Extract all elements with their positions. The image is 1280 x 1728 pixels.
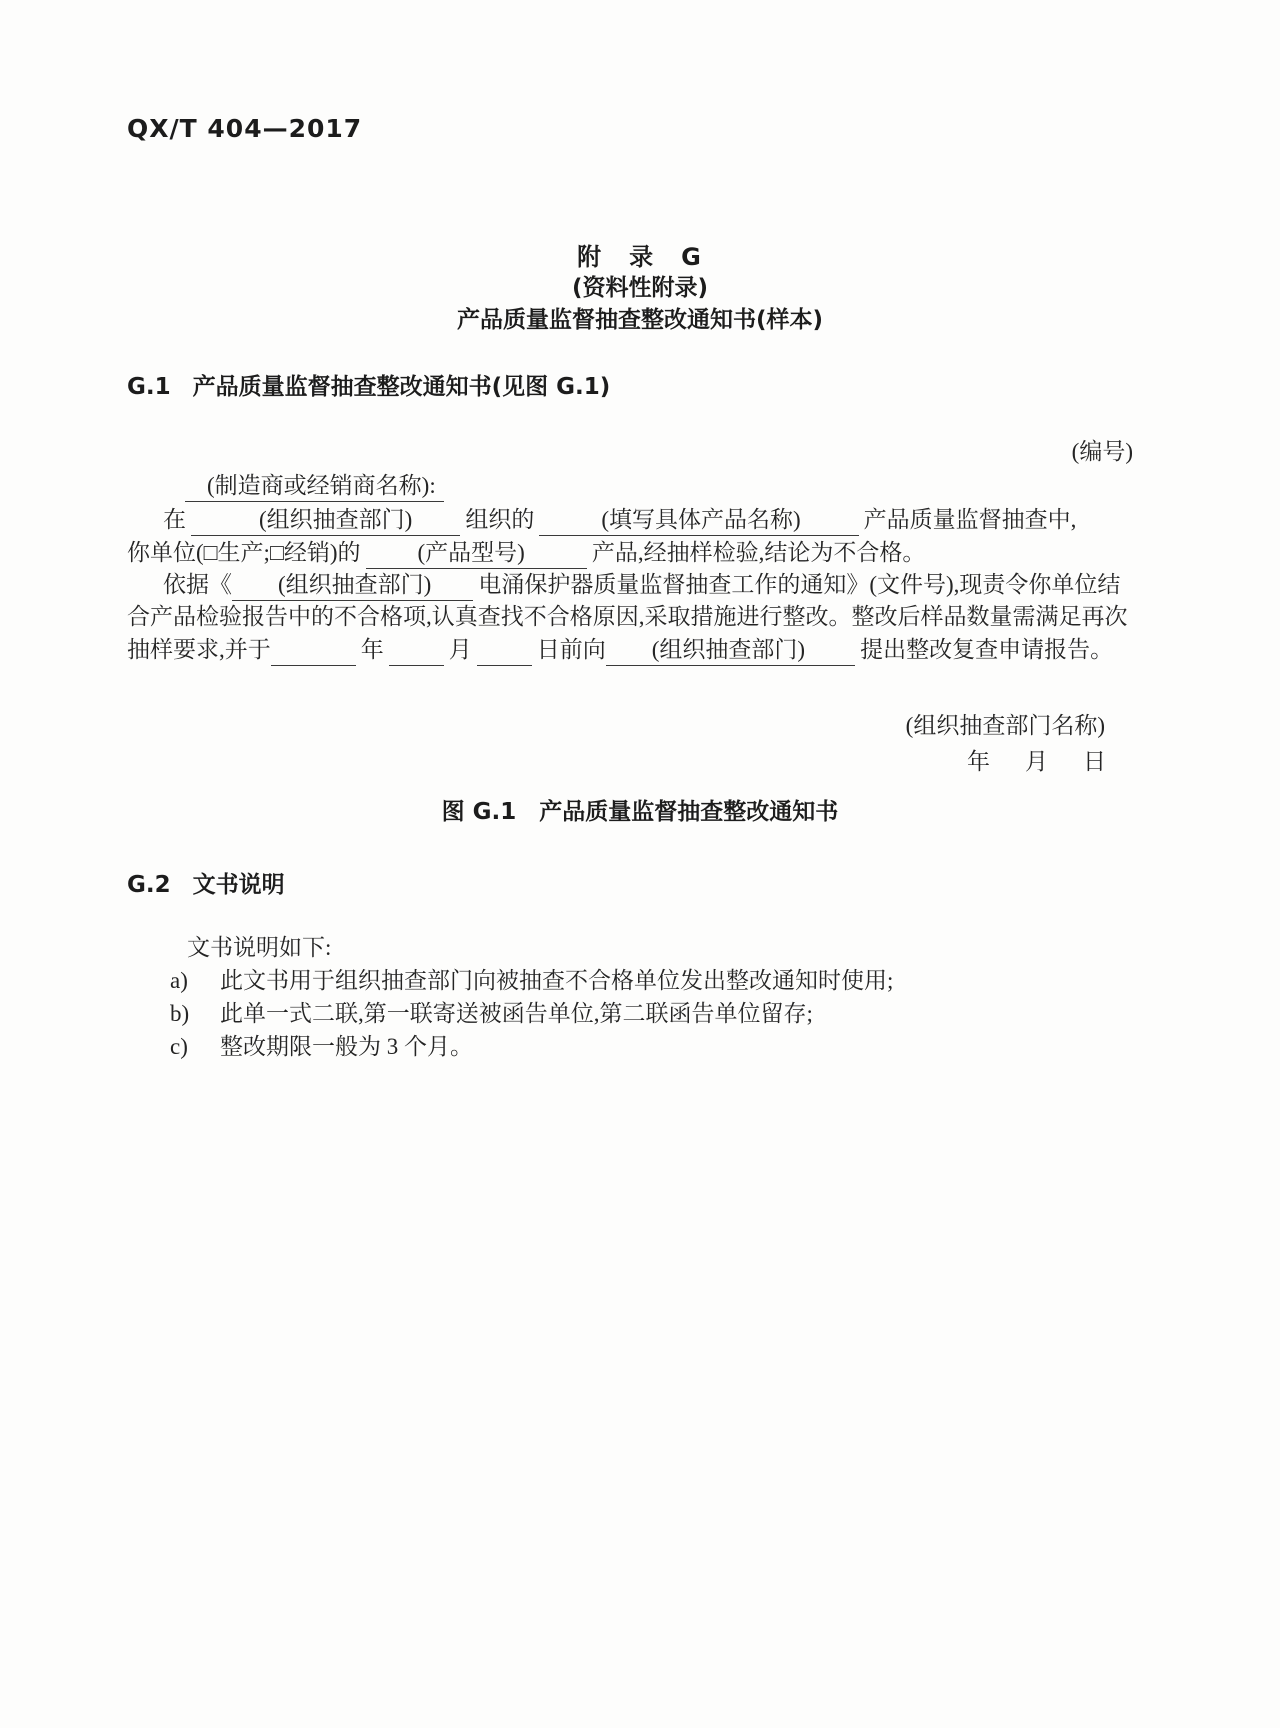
- month-blank-field: [389, 641, 444, 666]
- product-model-underline-field: (产品型号): [366, 539, 587, 569]
- note-text: 此单一式二联,第一联寄送被函告单位,第二联函告单位留存;: [220, 1001, 813, 1026]
- note-label: c): [170, 1032, 220, 1062]
- standard-number: QX/T 404—2017: [127, 114, 362, 143]
- notice-body-line-3: 依据《(组织抽查部门)电涌保护器质量监督抽查工作的通知》(文件号),现责令你单位…: [163, 570, 1120, 601]
- section-g1-title: 产品质量监督抽查整改通知书(见图 G.1): [193, 374, 611, 400]
- notice-code-label: (编号): [1072, 437, 1133, 467]
- org-dept-underline-field: (组织抽查部门): [232, 571, 473, 601]
- section-g1-heading: G.1产品质量监督抽查整改通知书(见图 G.1): [127, 368, 610, 401]
- section-g2-title: 文书说明: [193, 872, 285, 898]
- signature-org-line: (组织抽查部门名称): [906, 711, 1105, 741]
- document-page: QX/T 404—2017 附 录 G (资料性附录) 产品质量监督抽查整改通知…: [0, 0, 1280, 1728]
- note-label: a): [170, 966, 220, 996]
- note-item: a)此文书用于组织抽查部门向被抽查不合格单位发出整改通知时使用;: [170, 966, 893, 996]
- note-text: 整改期限一般为 3 个月。: [220, 1034, 473, 1059]
- note-item: b)此单一式二联,第一联寄送被函告单位,第二联函告单位留存;: [170, 999, 813, 1029]
- section-g1-number: G.1: [127, 374, 171, 400]
- section-g2-heading: G.2文书说明: [127, 866, 285, 899]
- appendix-title: 附 录 G: [0, 237, 1280, 272]
- notice-body-line-1: 在(组织抽查部门)组织的(填写具体产品名称)产品质量监督抽查中,: [163, 505, 1076, 536]
- year-blank-field: [271, 641, 356, 666]
- addressee-underline-field: (制造商或经销商名称):: [185, 472, 444, 502]
- day-blank-field: [477, 641, 532, 666]
- product-name-underline-field: (填写具体产品名称): [539, 506, 858, 536]
- note-label: b): [170, 999, 220, 1029]
- appendix-subtitle: (资料性附录): [0, 269, 1280, 302]
- appendix-doc-title: 产品质量监督抽查整改通知书(样本): [0, 301, 1280, 334]
- notice-body-line-5: 抽样要求,并于年月日前向(组织抽查部门)提出整改复查申请报告。: [127, 635, 1113, 666]
- notes-intro: 文书说明如下:: [187, 933, 331, 963]
- notice-addressee-line: (制造商或经销商名称):: [185, 471, 444, 502]
- notice-body-line-2: 你单位(□生产;□经销)的(产品型号)产品,经抽样检验,结论为不合格。: [127, 538, 925, 569]
- note-text: 此文书用于组织抽查部门向被抽查不合格单位发出整改通知时使用;: [220, 968, 893, 993]
- org-dept-underline-field: (组织抽查部门): [606, 636, 855, 666]
- signature-date-line: 年 月 日: [967, 747, 1112, 777]
- section-g2-number: G.2: [127, 872, 171, 898]
- org-dept-underline-field: (组织抽查部门): [191, 506, 460, 536]
- figure-caption: 图 G.1 产品质量监督抽查整改通知书: [0, 793, 1280, 826]
- notice-body-line-4: 合产品检验报告中的不合格项,认真查找不合格原因,采取措施进行整改。整改后样品数量…: [127, 602, 1128, 632]
- note-item: c)整改期限一般为 3 个月。: [170, 1032, 473, 1062]
